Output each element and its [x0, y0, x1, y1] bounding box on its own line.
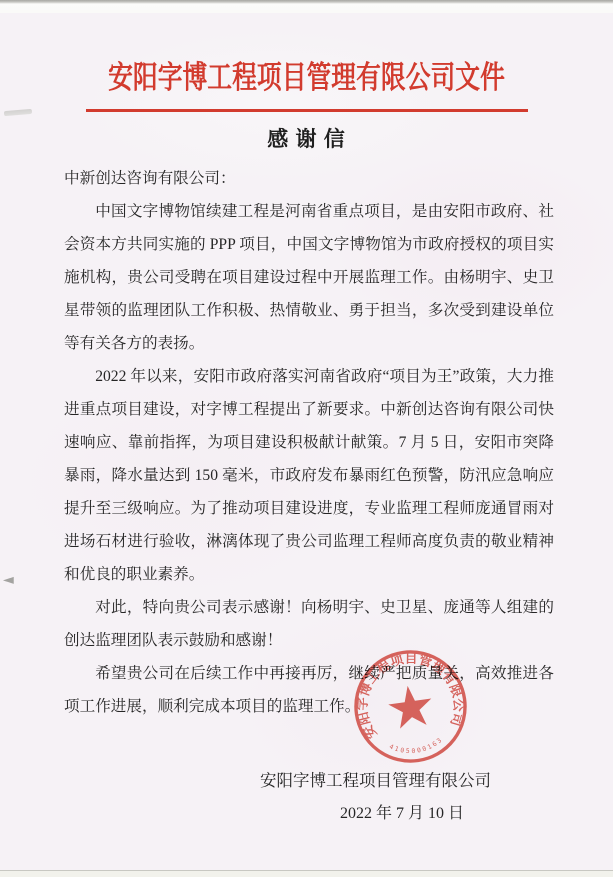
paragraph-1: 中国文字博物馆续建工程是河南省重点项目，是由安阳市政府、社会资本方共同实施的 P… — [64, 195, 554, 360]
paragraph-4: 希望贵公司在后续工作中再接再厉，继续严把质量关，高效推进各项工作进展，顺利完成本… — [64, 657, 554, 723]
seal-star-icon — [386, 683, 435, 730]
signature-date: 2022 年 7 月 10 日 — [0, 802, 613, 826]
header-divider — [86, 109, 528, 112]
scan-arrow-artifact: ◄ — [3, 572, 14, 588]
salutation: 中新创达咨询有限公司： — [64, 162, 554, 195]
scan-smudge-artifact — [4, 109, 32, 116]
signature-company: 安阳字博工程项目管理有限公司 — [0, 769, 613, 793]
document-page: 安阳字博工程项目管理有限公司文件 感 谢 信 中新创达咨询有限公司： 中国文字博… — [0, 0, 613, 877]
scan-edge-bottom — [0, 870, 613, 877]
company-seal-stamp: 安阳字博工程项目管理有限公司 4105000163 — [343, 639, 477, 773]
letter-title: 感 谢 信 — [0, 124, 613, 154]
letter-body: 中新创达咨询有限公司： 中国文字博物馆续建工程是河南省重点项目，是由安阳市政府、… — [0, 162, 613, 723]
scan-edge-top — [0, 0, 613, 13]
document-header-title: 安阳字博工程项目管理有限公司文件 — [61, 57, 551, 99]
scanned-document: 安阳字博工程项目管理有限公司文件 感 谢 信 中新创达咨询有限公司： 中国文字博… — [0, 0, 613, 877]
paragraph-2: 2022 年以来，安阳市政府落实河南省政府“项目为王”政策，大力推进重点项目建设… — [64, 360, 554, 591]
paragraph-3: 对此，特向贵公司表示感谢！向杨明宇、史卫星、庞通等人组建的创达监理团队表示鼓励和… — [64, 591, 554, 657]
signature-block: 安阳字博工程项目管理有限公司 2022 年 7 月 10 日 — [0, 769, 613, 826]
